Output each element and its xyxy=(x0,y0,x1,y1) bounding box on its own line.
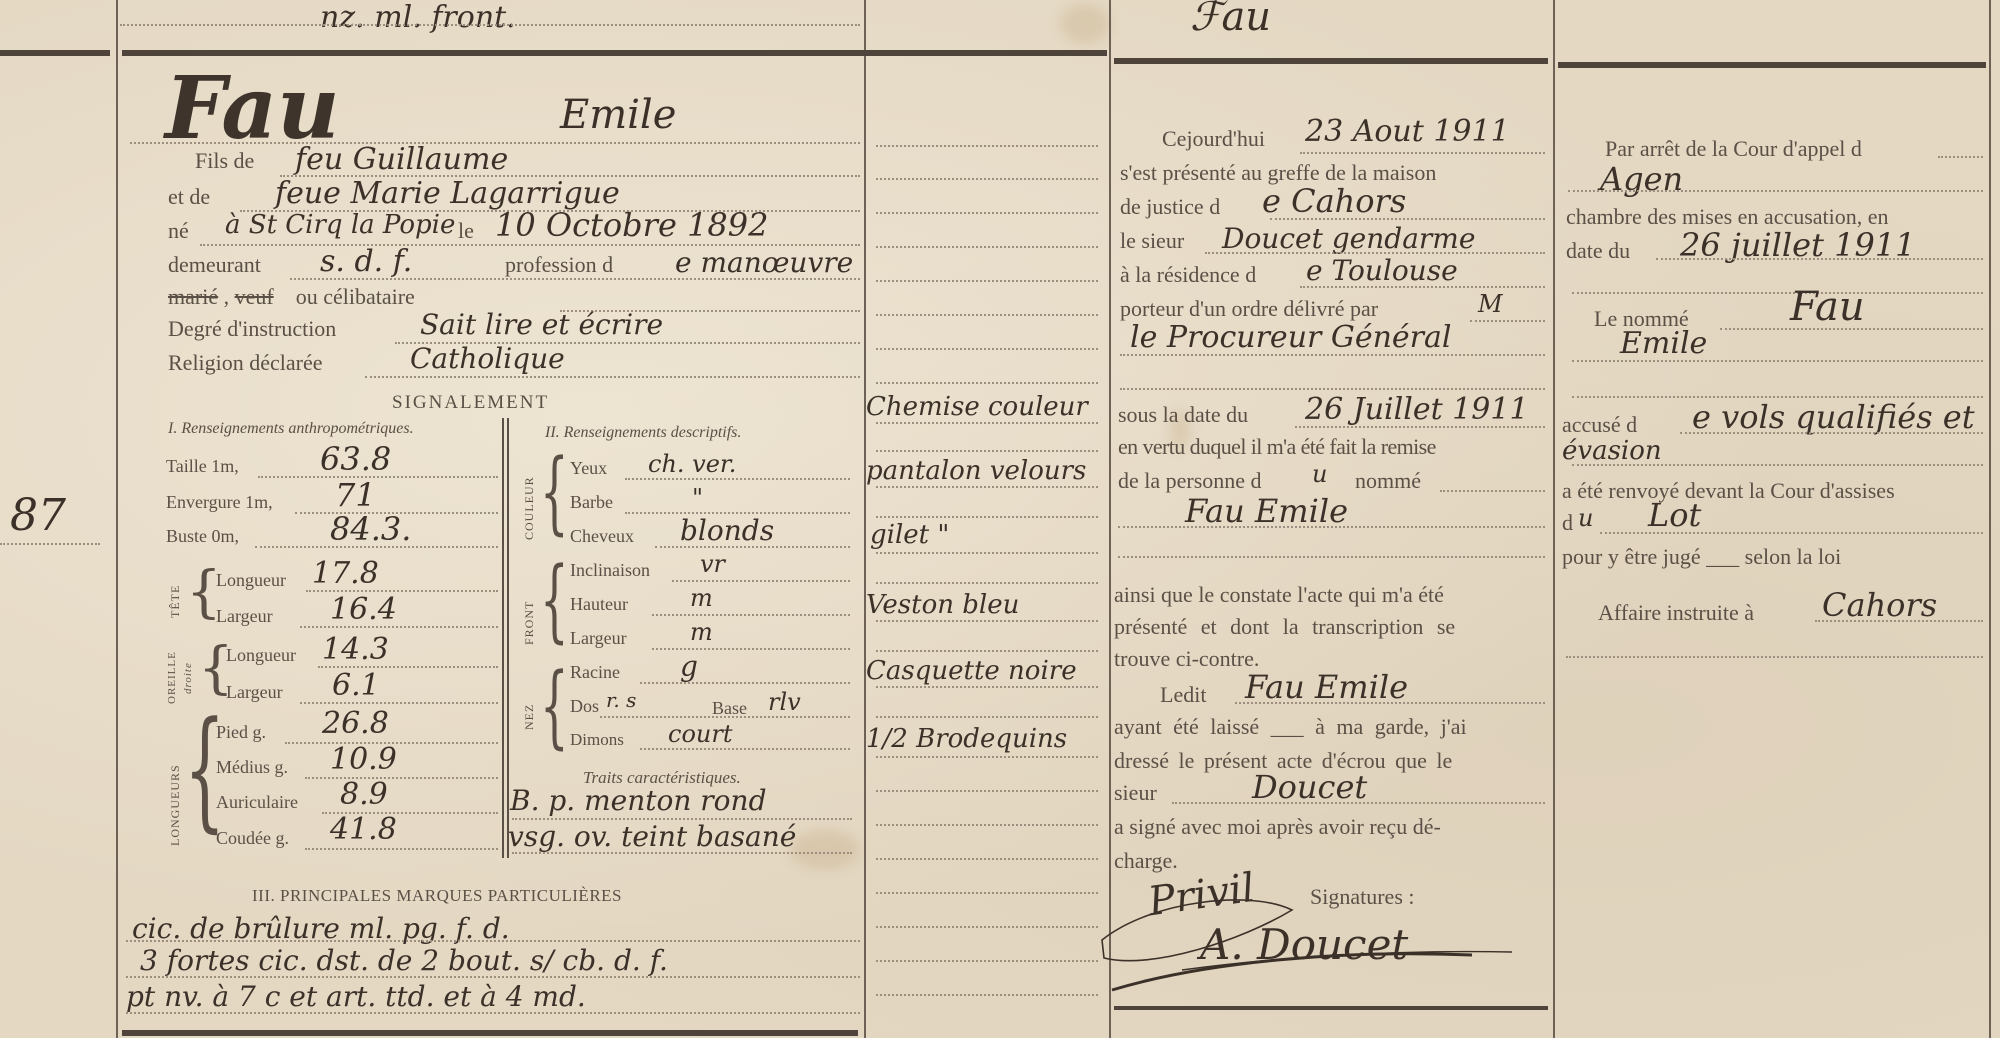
trait-line: B. p. menton rond xyxy=(510,784,767,817)
dotted-line xyxy=(126,1012,860,1014)
descriptor-label: Hauteur xyxy=(570,594,628,615)
dotted-line xyxy=(876,756,1098,758)
religion-label: Religion déclarée xyxy=(168,350,323,376)
brace: { xyxy=(540,662,569,752)
base-value: rlv xyxy=(768,688,801,716)
dotted-line xyxy=(1572,464,1983,466)
ne-label: né xyxy=(168,218,189,244)
trait-line: vsg. ov. teint basané xyxy=(508,820,796,853)
sieur2-label: sieur xyxy=(1114,780,1157,806)
dotted-line xyxy=(1118,556,1545,558)
religion-value: Catholique xyxy=(410,342,565,375)
cour-value: Agen xyxy=(1600,160,1683,198)
dotted-line xyxy=(640,682,850,684)
marque-line: 3 fortes cic. dst. de 2 bout. s/ cb. d. … xyxy=(140,944,668,977)
descriptor-label: Barbe xyxy=(570,492,613,513)
clothing-item: gilet " xyxy=(870,520,949,550)
bottom-rule xyxy=(122,1030,858,1036)
accuse-value: e vols qualifiés et xyxy=(1692,398,1975,436)
dotted-line xyxy=(255,546,498,548)
dotted-line xyxy=(0,543,100,545)
signature-flourish xyxy=(1092,860,1512,1010)
residence: s. d. f. xyxy=(320,244,412,279)
descriptor-value: blonds xyxy=(680,514,774,547)
dotted-line xyxy=(876,926,1098,928)
residence-label: à la résidence d xyxy=(1120,262,1256,288)
dotted-line xyxy=(600,716,850,718)
dotted-line xyxy=(1118,526,1545,528)
column-rule xyxy=(116,0,118,1038)
descriptor-label: Largeur xyxy=(570,628,627,649)
dotted-line xyxy=(1440,490,1545,492)
group-label-longueurs: LONGUEURS xyxy=(168,716,183,846)
dotted-line xyxy=(120,24,860,26)
arret-line: a été renvoyé devant la Cour d'assises xyxy=(1562,478,1895,504)
celibataire-option: ou célibataire xyxy=(296,284,415,309)
measure-label: Coudée g. xyxy=(216,828,289,849)
dotted-line xyxy=(126,940,860,942)
sieur-value: Doucet gendarme xyxy=(1222,222,1475,255)
measure-value: 63.8 xyxy=(320,440,391,478)
dotted-line xyxy=(365,376,860,378)
group-label-droite: droite xyxy=(182,650,194,694)
group-label-couleur: COULEUR xyxy=(522,460,537,540)
birthdate: 10 Octobre 1892 xyxy=(495,206,769,244)
dotted-line xyxy=(1120,354,1545,356)
descriptor-value: m xyxy=(690,618,713,646)
descriptor-label: Dos xyxy=(570,696,599,717)
dotted-line xyxy=(876,824,1098,826)
dotted-line xyxy=(1235,702,1545,704)
porteur-label: porteur d'un ordre délivré par xyxy=(1120,296,1378,322)
top-rule xyxy=(122,50,1107,56)
measure-value: 10.9 xyxy=(330,742,397,777)
residence-value: e Toulouse xyxy=(1306,254,1458,287)
sieur-label: le sieur xyxy=(1120,228,1184,254)
porteur-suffix: M xyxy=(1478,290,1503,318)
demeurant-label: demeurant xyxy=(168,252,261,278)
dotted-line xyxy=(258,476,498,478)
dotted-line xyxy=(305,848,498,850)
instruction-label: Degré d'instruction xyxy=(168,316,336,342)
previous-signature: ℱau xyxy=(1190,0,1271,40)
clothing-item: pantalon velours xyxy=(866,456,1086,486)
signalement-title: SIGNALEMENT xyxy=(392,392,549,414)
descriptor-value: m xyxy=(690,584,713,612)
dotted-line xyxy=(876,246,1098,248)
previous-entry-fragment: nz. ml. front. xyxy=(320,0,516,35)
dotted-line xyxy=(126,976,860,978)
ecrou-line: ayant été laissé ___ à ma garde, j'ai xyxy=(1114,714,1467,740)
group-label-oreille: OREILLE xyxy=(166,640,178,704)
ledit-label: Ledit xyxy=(1160,682,1206,708)
top-rule xyxy=(0,50,110,56)
du-value: Lot xyxy=(1648,496,1701,534)
descriptor-label: Racine xyxy=(570,662,620,683)
dotted-line xyxy=(1120,388,1545,390)
dotted-line xyxy=(876,892,1098,894)
dotted-line xyxy=(1295,426,1545,428)
dotted-line xyxy=(1720,328,1983,330)
dotted-line xyxy=(876,382,1098,384)
dotted-line xyxy=(876,422,1098,424)
dotted-line xyxy=(1270,218,1545,220)
ledit-value: Fau Emile xyxy=(1245,668,1408,706)
dotted-line xyxy=(876,348,1098,350)
column-rule xyxy=(1989,0,1991,1038)
clothing-item: Veston bleu xyxy=(866,590,1019,620)
dotted-line xyxy=(876,552,1098,554)
measure-value: 6.1 xyxy=(332,668,380,703)
column-rule xyxy=(1553,0,1555,1038)
measure-value: 71 xyxy=(335,476,376,514)
dotted-line xyxy=(1568,190,1983,192)
accuse-label: accusé d xyxy=(1562,412,1637,438)
birthplace: à St Cirq la Popie xyxy=(225,210,455,240)
ecrou-line: trouve ci-contre. xyxy=(1114,646,1259,672)
paper-stain xyxy=(1060,4,1110,44)
dotted-line xyxy=(290,278,860,280)
group-label-front: FRONT xyxy=(522,575,537,645)
instruction-value: Sait lire et écrire xyxy=(420,308,663,341)
dotted-line xyxy=(1572,360,1983,362)
section-divider xyxy=(507,418,509,858)
ecrou-date: 23 Aout 1911 xyxy=(1305,114,1510,149)
paper-stain xyxy=(790,830,860,870)
marital-status-line: marié , veuf ou célibataire xyxy=(168,284,415,310)
descriptor-value: r. s xyxy=(606,688,636,712)
ecrou-line: en vertu duquel il m'a été fait la remis… xyxy=(1118,434,1436,460)
affaire-label: Affaire instruite à xyxy=(1598,600,1754,626)
brace: { xyxy=(540,556,569,646)
dotted-line xyxy=(512,852,852,854)
arret-date-label: date du xyxy=(1566,238,1630,264)
dotted-line xyxy=(876,790,1098,792)
profession-label: profession d xyxy=(505,252,613,278)
father-name: feu Guillaume xyxy=(295,142,508,177)
descriptor-label: Dimons xyxy=(570,730,624,750)
measure-label: Envergure 1m, xyxy=(166,492,273,513)
dotted-line xyxy=(876,516,1098,518)
person-name: Fau Emile xyxy=(1185,492,1348,530)
dotted-line xyxy=(1572,292,1983,294)
veuf-option: veuf xyxy=(235,284,274,309)
arret-line: pour y être jugé ___ selon la loi xyxy=(1562,544,1841,570)
dotted-line xyxy=(876,145,1098,147)
dotted-line xyxy=(652,614,850,616)
descriptor-label: Inclinaison xyxy=(570,560,650,581)
descriptor-value: " xyxy=(692,484,703,512)
dotted-line xyxy=(1300,152,1545,154)
clothing-item: Chemise couleur xyxy=(866,392,1088,422)
dotted-line xyxy=(876,582,1098,584)
section-divider xyxy=(502,418,504,858)
dotted-line xyxy=(876,716,1098,718)
descriptor-label: Cheveux xyxy=(570,526,634,547)
nomme-firstname: Emile xyxy=(1620,326,1707,361)
descriptor-value: vr xyxy=(700,550,725,578)
nomme-surname: Fau xyxy=(1790,284,1865,330)
measure-label: Taille 1m, xyxy=(166,456,239,477)
arret-line: Par arrêt de la Cour d'appel d xyxy=(1605,136,1862,162)
measure-value: 14.3 xyxy=(322,632,389,667)
brace: { xyxy=(540,448,569,538)
measure-label: Auriculaire xyxy=(216,792,298,813)
dotted-line xyxy=(1172,802,1545,804)
dotted-line xyxy=(1656,258,1983,260)
descriptive-heading: II. Renseignements descriptifs. xyxy=(545,424,741,442)
cejourdhui-label: Cejourd'hui xyxy=(1162,126,1265,152)
dotted-line xyxy=(876,314,1098,316)
dotted-line xyxy=(876,620,1098,622)
group-label-nez: NEZ xyxy=(522,690,537,730)
top-rule xyxy=(1114,58,1548,64)
dotted-line xyxy=(625,478,850,480)
measure-value: 17.8 xyxy=(312,556,379,591)
group-label-tete: TÊTE xyxy=(168,568,183,618)
nomme-label: nommé xyxy=(1355,468,1421,494)
dotted-line xyxy=(876,650,1098,652)
dotted-line xyxy=(876,960,1098,962)
justice-label: de justice d xyxy=(1120,194,1220,220)
clothing-item: Casquette noire xyxy=(866,656,1077,686)
descriptor-value: court xyxy=(668,720,732,748)
anthropometric-heading: I. Renseignements anthropométriques. xyxy=(168,420,414,438)
sous-date-label: sous la date du xyxy=(1118,402,1248,428)
dotted-line xyxy=(876,994,1098,996)
dotted-line xyxy=(876,486,1098,488)
profession: e manœuvre xyxy=(675,246,853,279)
dotted-line xyxy=(1680,432,1983,434)
dotted-line xyxy=(655,546,850,548)
dotted-line xyxy=(300,626,498,628)
measure-value: 8.9 xyxy=(340,777,388,812)
ecrou-line: ainsi que le constate l'acte qui m'a été xyxy=(1114,582,1444,608)
dotted-line xyxy=(1566,656,1983,658)
dotted-line xyxy=(1600,532,1983,534)
marque-line: pt nv. à 7 c et art. ttd. et à 4 md. xyxy=(126,980,586,1013)
measure-label: Médius g. xyxy=(216,757,288,778)
sieur2-value: Doucet xyxy=(1252,768,1367,806)
descriptor-label: Yeux xyxy=(570,458,607,479)
measure-label: Buste 0m, xyxy=(166,526,239,547)
dotted-line xyxy=(672,580,850,582)
dotted-line xyxy=(876,178,1098,180)
du-label: d xyxy=(1562,510,1573,536)
sous-date-value: 26 Juillet 1911 xyxy=(1305,392,1529,427)
dotted-line xyxy=(305,777,498,779)
measure-label: Pied g. xyxy=(216,722,266,743)
measure-value: 84.3. xyxy=(330,510,411,548)
dotted-line xyxy=(1815,620,1983,622)
measure-label: Longueur xyxy=(216,570,286,591)
personne-suffix: u xyxy=(1312,460,1327,488)
measure-label: Largeur xyxy=(226,682,283,703)
affaire-value: Cahors xyxy=(1822,586,1937,624)
justice-value: e Cahors xyxy=(1262,182,1406,220)
dotted-line xyxy=(876,686,1098,688)
marie-option: marié xyxy=(168,284,218,309)
dotted-line xyxy=(876,858,1098,860)
ecrou-line: présenté et dont la transcription se xyxy=(1114,614,1455,640)
accuse-value-cont: évasion xyxy=(1562,436,1662,466)
descriptor-value: g xyxy=(680,650,698,683)
fils-de-label: Fils de xyxy=(195,148,254,174)
measure-value: 26.8 xyxy=(322,706,389,741)
margin-number: 87 xyxy=(10,490,66,541)
clothing-item: 1/2 Brodequins xyxy=(866,724,1067,754)
dotted-line xyxy=(1470,320,1545,322)
marques-heading: III. PRINCIPALES MARQUES PARTICULIÈRES xyxy=(252,886,622,906)
dotted-line xyxy=(876,212,1098,214)
column-rule xyxy=(864,0,866,1038)
ecrou-line: a signé avec moi après avoir reçu dé- xyxy=(1114,814,1441,840)
personne-label: de la personne d xyxy=(1118,468,1262,494)
descriptor-value: ch. ver. xyxy=(648,450,736,478)
dotted-line xyxy=(876,280,1098,282)
measure-value: 41.8 xyxy=(330,812,397,847)
measure-label: Longueur xyxy=(226,645,296,666)
top-rule xyxy=(1558,62,1986,68)
et-de-label: et de xyxy=(168,184,210,210)
dotted-line xyxy=(640,748,850,750)
dotted-line xyxy=(300,702,498,704)
dotted-line xyxy=(1300,286,1545,288)
le-label: le xyxy=(458,218,474,244)
measure-label: Largeur xyxy=(216,606,273,627)
ci-contre-text: trouve ci-contre. xyxy=(1114,646,1259,671)
porteur-value: le Procureur Général xyxy=(1130,320,1452,355)
dotted-line xyxy=(876,450,1098,452)
dotted-line xyxy=(1938,156,1983,158)
du-suffix: u xyxy=(1578,504,1593,532)
first-name: Emile xyxy=(560,92,676,138)
measure-value: 16.4 xyxy=(330,592,397,627)
